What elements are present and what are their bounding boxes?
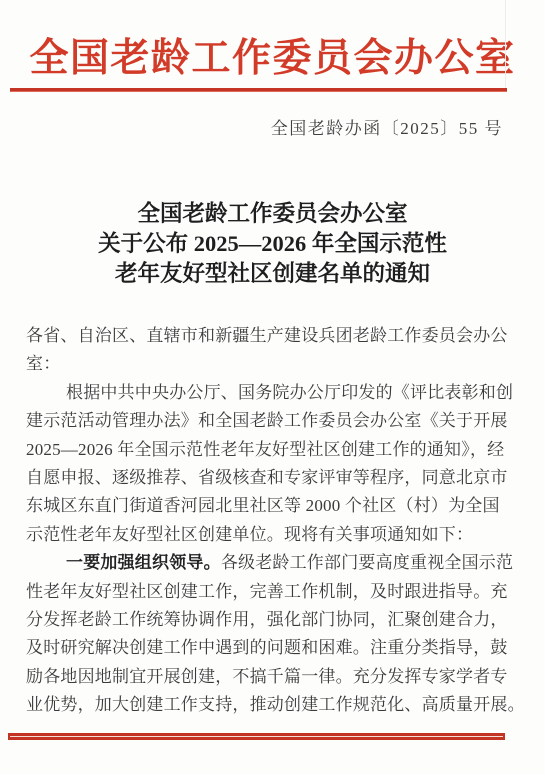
body-line: 室： — [26, 350, 545, 378]
body-line: 示范性老年友好型社区创建单位。现将有关事项通知如下： — [26, 521, 545, 549]
body-line: 及时研究解决创建工作中遇到的问题和困难。注重分类指导，鼓 — [26, 634, 545, 662]
body-line: 分发挥老龄工作统筹协调作用，强化部门协同，汇聚创建合力， — [26, 606, 545, 634]
document-page: 全国老龄工作委员会办公室 全国老龄办函〔2025〕55 号 全国老龄工作委员会办… — [0, 0, 545, 774]
title-line-3: 老年友好型社区创建名单的通知 — [0, 259, 545, 289]
footer-rule — [8, 733, 505, 740]
body-line: 根据中共中央办公厅、国务院办公厅印发的《评比表彰和创 — [26, 379, 545, 407]
body-line: 一要加强组织领导。各级老龄工作部门要高度重视全国示范 — [26, 549, 545, 577]
body-line: 业优势，加大创建工作支持，推动创建工作规范化、高质量开展。 — [26, 691, 545, 719]
title-line-1: 全国老龄工作委员会办公室 — [0, 199, 545, 229]
body-line-bold-lead: 一要加强组织领导。 — [66, 553, 221, 572]
doc-number: 全国老龄办函〔2025〕55 号 — [0, 114, 545, 139]
title-line-2: 关于公布 2025—2026 年全国示范性 — [0, 229, 545, 259]
document-body: 各省、自治区、直辖市和新疆生产建设兵团老龄工作委员会办公室：根据中共中央办公厅、… — [0, 322, 545, 720]
body-line: 励各地因地制宜开展创建，不搞千篇一律。充分发挥专家学者专 — [26, 663, 545, 691]
body-line: 建示范活动管理办法》和全国老龄工作委员会办公室《关于开展 — [26, 407, 545, 435]
letterhead-title: 全国老龄工作委员会办公室 — [0, 0, 545, 86]
body-line: 性老年友好型社区创建工作，完善工作机制，及时跟进指导。充 — [26, 578, 545, 606]
body-line: 东城区东直门街道香河园北里社区等 2000 个社区（村）为全国 — [26, 492, 545, 520]
body-line: 自愿申报、逐级推荐、省级核查和专家评审等程序，同意北京市 — [26, 464, 545, 492]
header-rule — [10, 88, 507, 92]
body-line: 2025—2026 年全国示范性老年友好型社区创建工作的通知》，经 — [26, 436, 545, 464]
document-title: 全国老龄工作委员会办公室 关于公布 2025—2026 年全国示范性 老年友好型… — [0, 199, 545, 289]
scan-artifact-line — [505, 0, 506, 88]
body-line: 各省、自治区、直辖市和新疆生产建设兵团老龄工作委员会办公 — [26, 322, 545, 350]
